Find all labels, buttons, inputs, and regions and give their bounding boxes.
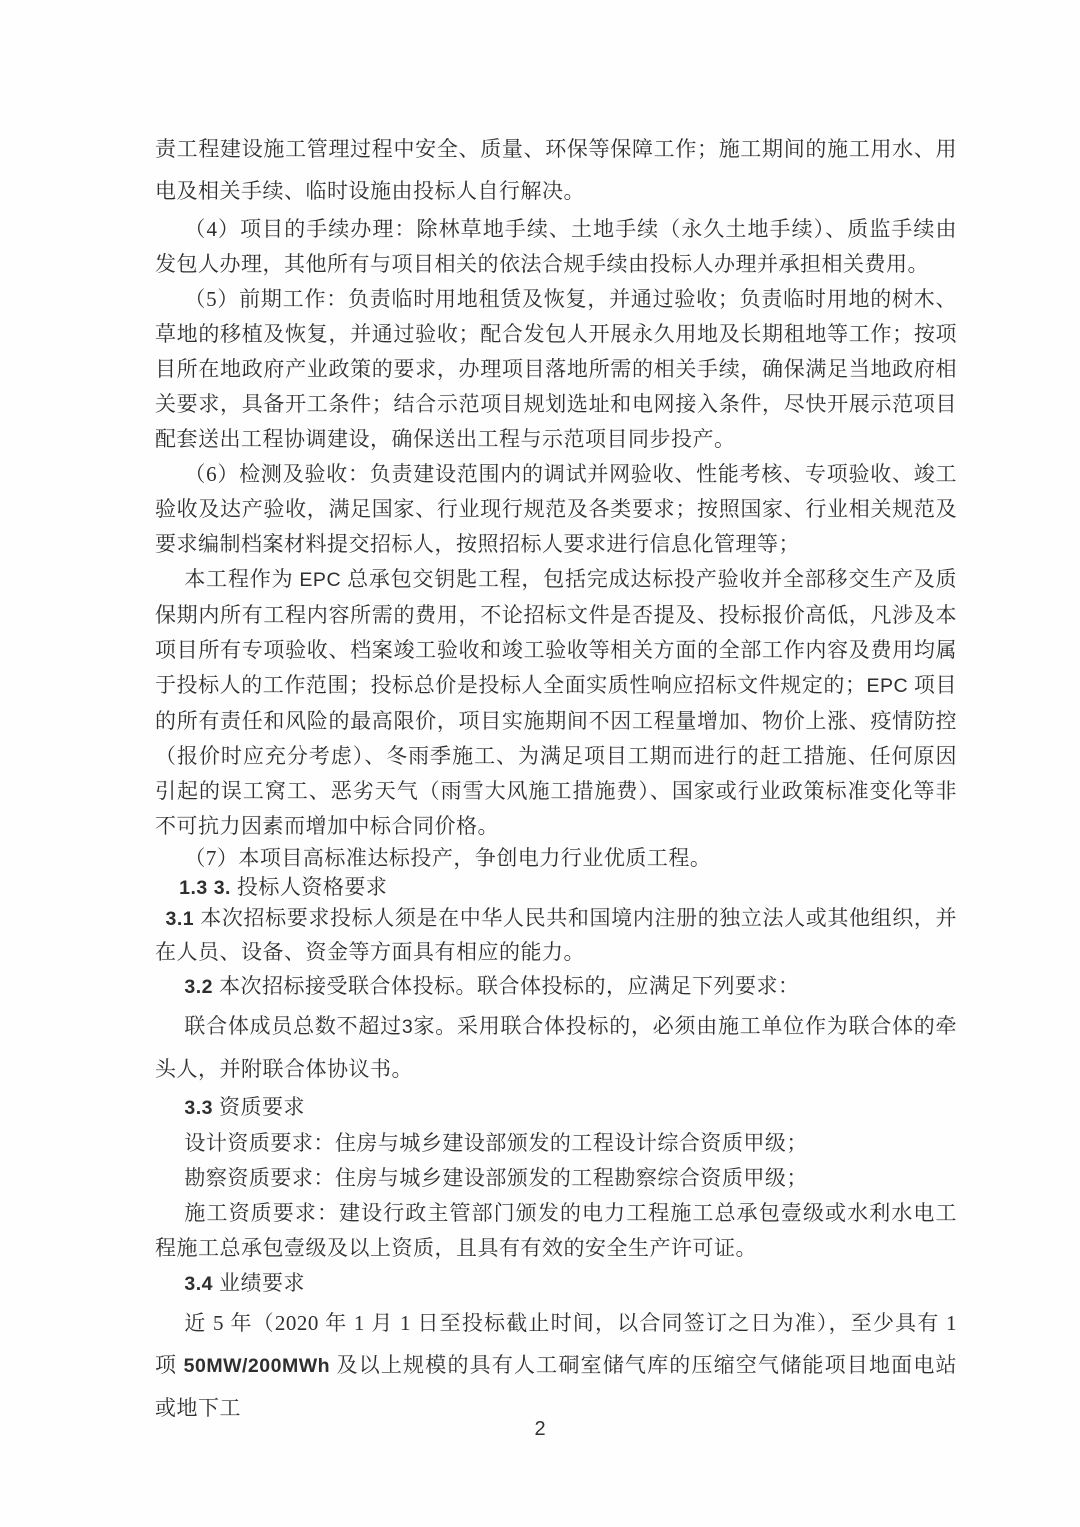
- text-run: 资质要求: [219, 1095, 305, 1119]
- text-run: 施工资质要求：建设行政主管部门颁发的电力工程施工总承包壹级或水利水电工程施工总承…: [155, 1201, 957, 1260]
- text-run: EPC: [866, 675, 908, 697]
- text-run: 3.4: [184, 1273, 219, 1295]
- text-run: 3: [402, 1016, 413, 1038]
- paragraph: （4）项目的手续办理：除林草地手续、土地手续（永久土地手续）、质监手续由发包人办…: [155, 212, 957, 282]
- text-run: 50MW/200MWh: [184, 1355, 330, 1377]
- page-number: 2: [0, 1418, 1080, 1441]
- paragraph: （6）检测及验收：负责建设范围内的调试并网验收、性能考核、专项验收、竣工验收及达…: [155, 457, 957, 562]
- text-run: 项目的所有责任和风险的最高限价，项目实施期间不因工程量增加、物价上涨、疫情防控（…: [155, 673, 957, 838]
- text-run: 本次招标要求投标人须是在中华人民共和国境内注册的独立法人或其他组织，并在人员、设…: [155, 906, 957, 964]
- text-run: 3.3: [184, 1097, 219, 1119]
- paragraph: （7）本项目高标准达标投产，争创电力行业优质工程。: [155, 844, 957, 873]
- text-run: 投标人资格要求: [237, 875, 388, 899]
- paragraph: 近 5 年（2020 年 1 月 1 日至投标截止时间，以合同签订之日为准），至…: [155, 1302, 957, 1429]
- text-run: 联合体成员总数不超过: [184, 1014, 402, 1038]
- text-run: EPC: [299, 569, 341, 591]
- text-run: （4）项目的手续办理：除林草地手续、土地手续（永久土地手续）、质监手续由发包人办…: [155, 217, 957, 276]
- paragraph: 1.3 3. 投标人资格要求: [155, 873, 957, 903]
- text-run: 业绩要求: [219, 1271, 305, 1295]
- paragraph: 联合体成员总数不超过3家。采用联合体投标的，必须由施工单位作为联合体的牵头人，并…: [155, 1005, 957, 1090]
- paragraph: 3.1 本次招标要求投标人须是在中华人民共和国境内注册的独立法人或其他组织，并在…: [155, 902, 957, 969]
- text-run: 勘察资质要求：住房与城乡建设部颁发的工程勘察综合资质甲级；: [184, 1166, 808, 1190]
- text-run: （6）检测及验收：负责建设范围内的调试并网验收、性能考核、专项验收、竣工验收及达…: [155, 462, 957, 556]
- text-run: 3.1: [166, 908, 201, 930]
- text-run: 本次招标接受联合体投标。联合体投标的，应满足下列要求：: [219, 974, 800, 998]
- text-run: （5）前期工作：负责临时用地租赁及恢复，并通过验收；负责临时用地的树木、草地的移…: [155, 287, 957, 451]
- paragraph: （5）前期工作：负责临时用地租赁及恢复，并通过验收；负责临时用地的树木、草地的移…: [155, 282, 957, 457]
- paragraph: 本工程作为 EPC 总承包交钥匙工程，包括完成达标投产验收并全部移交生产及质保期…: [155, 562, 957, 844]
- text-run: 责工程建设施工管理过程中安全、质量、环保等保障工作；施工期间的施工用水、用电及相…: [155, 137, 957, 203]
- document-body: 责工程建设施工管理过程中安全、质量、环保等保障工作；施工期间的施工用水、用电及相…: [155, 128, 957, 1429]
- paragraph: 设计资质要求：住房与城乡建设部颁发的工程设计综合资质甲级；: [155, 1126, 957, 1161]
- paragraph: 3.2 本次招标接受联合体投标。联合体投标的，应满足下列要求：: [155, 969, 957, 1005]
- paragraph: 施工资质要求：建设行政主管部门颁发的电力工程施工总承包壹级或水利水电工程施工总承…: [155, 1196, 957, 1266]
- paragraph: 3.3 资质要求: [155, 1090, 957, 1126]
- text-run: 1.3 3.: [179, 877, 237, 899]
- text-run: （7）本项目高标准达标投产，争创电力行业优质工程。: [184, 846, 711, 870]
- paragraph: 勘察资质要求：住房与城乡建设部颁发的工程勘察综合资质甲级；: [155, 1161, 957, 1196]
- paragraph: 3.4 业绩要求: [155, 1266, 957, 1302]
- text-run: 本工程作为: [184, 567, 299, 591]
- text-run: 设计资质要求：住房与城乡建设部颁发的工程设计综合资质甲级；: [184, 1131, 808, 1155]
- document-page: 责工程建设施工管理过程中安全、质量、环保等保障工作；施工期间的施工用水、用电及相…: [0, 0, 1080, 1527]
- text-run: 3.2: [184, 976, 219, 998]
- paragraph: 责工程建设施工管理过程中安全、质量、环保等保障工作；施工期间的施工用水、用电及相…: [155, 128, 957, 212]
